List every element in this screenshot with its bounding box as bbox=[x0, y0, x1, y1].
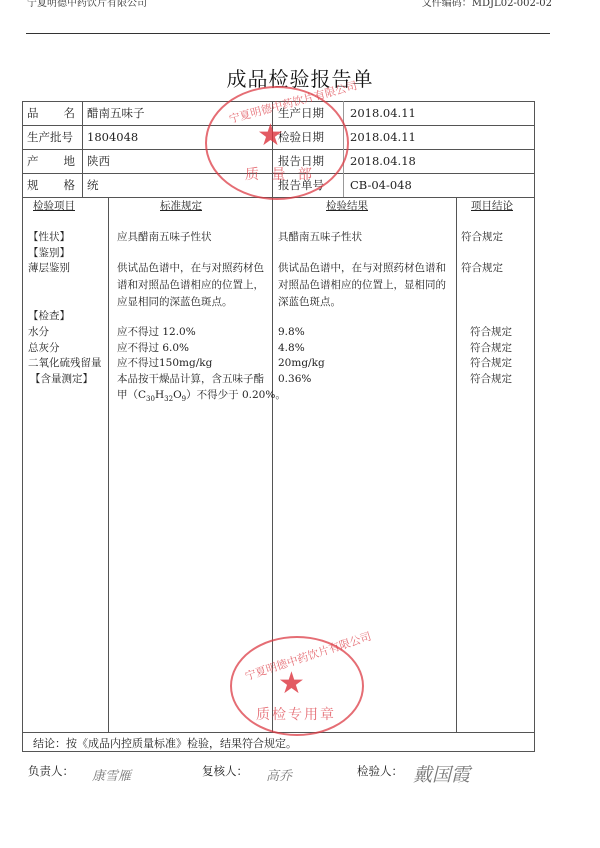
item-tlc: 薄层鉴别 bbox=[28, 260, 70, 277]
conclusion-moisture: 符合规定 bbox=[470, 324, 512, 341]
result-tlc-1: 供试品色谱中，在与对照药材色谱和 bbox=[278, 260, 446, 277]
label-spec: 规格 bbox=[27, 177, 75, 193]
origin: 陕西 bbox=[87, 153, 110, 169]
quality-dept-stamp: 宁夏明德中药饮片有限公司 ★ 质 量 部 bbox=[205, 86, 349, 200]
result-tlc-3: 深蓝色斑点。 bbox=[278, 294, 341, 311]
final-conclusion: 结论：按《成品内控质量标准》检验，结果符合规定。 bbox=[33, 736, 297, 752]
result-moisture: 9.8% bbox=[278, 324, 305, 341]
standard-tlc-1: 供试品色谱中，在与对照药材色 bbox=[117, 260, 264, 277]
conclusion-tlc: 符合规定 bbox=[461, 260, 503, 277]
label-batch-no: 生产批号 bbox=[27, 129, 73, 145]
header-rule bbox=[26, 33, 550, 34]
conclusion-assay: 符合规定 bbox=[470, 371, 512, 388]
conclusion-so2: 符合规定 bbox=[470, 355, 512, 372]
stamp-center-text: 质 量 部 bbox=[245, 164, 316, 184]
batch-no: 1804048 bbox=[87, 129, 138, 145]
reviewer-signature: 高乔 bbox=[266, 765, 292, 784]
divider bbox=[82, 101, 83, 197]
conclusion-appearance: 符合规定 bbox=[461, 229, 503, 246]
qc-seal-stamp: 宁夏明德中药饮片有限公司 ★ 质检专用章 bbox=[230, 636, 364, 736]
standard-moisture: 应不得过 12.0% bbox=[117, 324, 196, 341]
divider bbox=[108, 197, 109, 732]
result-appearance: 具醋南五味子性状 bbox=[278, 229, 362, 246]
standard-tlc-3: 应显相同的深蓝色斑点。 bbox=[117, 294, 233, 311]
inspector-signature: 戴国霞 bbox=[413, 760, 470, 787]
col-header-item: 检验项目 bbox=[33, 198, 75, 215]
report-no: CB-04-048 bbox=[350, 177, 412, 193]
reviewer-label: 复核人： bbox=[202, 763, 248, 779]
company-header: 宁夏明德中药饮片有限公司 bbox=[27, 0, 147, 9]
standard-so2: 应不得过150mg/kg bbox=[117, 355, 212, 372]
col-header-result: 检验结果 bbox=[326, 198, 368, 215]
col-header-standard: 标准规定 bbox=[160, 198, 202, 215]
inspector-label: 检验人： bbox=[357, 763, 403, 779]
item-assay: 【含量测定】 bbox=[30, 371, 93, 388]
report-date: 2018.04.18 bbox=[350, 153, 416, 169]
doc-code: 文件编码：MDJL02-002-02 bbox=[422, 0, 552, 9]
label-product-name: 品名 bbox=[27, 105, 75, 121]
standard-tlc-2: 谱和对照品色谱相应的位置上， bbox=[117, 277, 264, 294]
result-assay: 0.36% bbox=[278, 371, 311, 388]
item-moisture: 水分 bbox=[28, 324, 49, 341]
page-title: 成品检验报告单 bbox=[0, 63, 600, 92]
product-name: 醋南五味子 bbox=[87, 105, 145, 121]
stamp-center-text: 质检专用章 bbox=[256, 704, 336, 724]
item-inspection: 【检查】 bbox=[28, 308, 70, 325]
responsible-signature: 康雪雁 bbox=[92, 765, 131, 784]
standard-assay-2: 甲（C30H32O9）不得少于 0.20%。 bbox=[117, 387, 286, 408]
star-icon: ★ bbox=[278, 666, 305, 701]
item-appearance: 【性状】 bbox=[28, 229, 70, 246]
result-tlc-2: 对照品色谱相应的位置上，显相同的 bbox=[278, 277, 446, 294]
item-so2: 二氧化硫残留量 bbox=[28, 355, 102, 372]
standard-assay-1: 本品按干燥品计算，含五味子酯 bbox=[117, 371, 264, 388]
divider bbox=[456, 197, 457, 732]
star-icon: ★ bbox=[257, 118, 284, 153]
prod-date: 2018.04.11 bbox=[350, 105, 416, 121]
standard-appearance: 应具醋南五味子性状 bbox=[117, 229, 212, 246]
responsible-label: 负责人： bbox=[28, 763, 74, 779]
test-date: 2018.04.11 bbox=[350, 129, 416, 145]
col-header-conclusion: 项目结论 bbox=[471, 198, 513, 215]
spec: 统 bbox=[87, 177, 99, 193]
label-origin: 产地 bbox=[27, 153, 75, 169]
result-so2: 20mg/kg bbox=[278, 355, 325, 372]
